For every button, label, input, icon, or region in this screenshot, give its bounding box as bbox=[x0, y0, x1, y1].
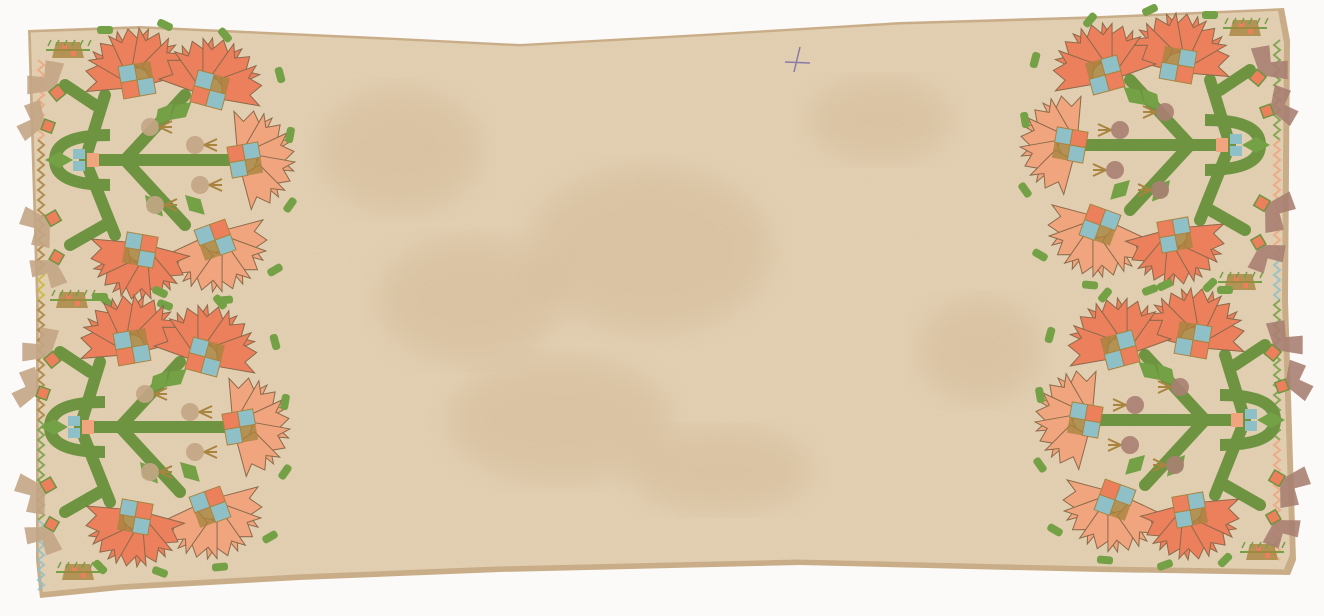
embroidered-towel-image bbox=[0, 0, 1324, 616]
photo-stage: Embroidered linen towel with carnation m… bbox=[0, 0, 1324, 616]
